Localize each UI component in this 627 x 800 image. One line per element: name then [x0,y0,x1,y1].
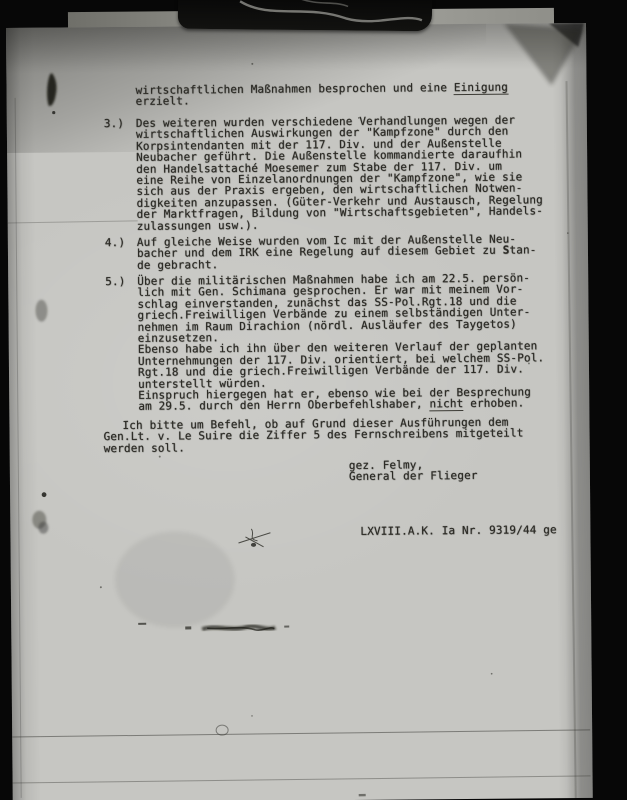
item-number: 4.) [105,237,137,271]
text-segment: zulassungen usw.). [137,218,259,232]
item-5: 5.)Über die militärischen Maßnahmen habe… [105,272,545,413]
text-segment: erhoben. [463,397,524,411]
text-segment: General der Flieger [349,469,478,483]
item-4: 4.)Auf gleiche Weise wurden vom Ic mit d… [105,233,537,271]
paper: wirtschaftlichen Maßnahmen besprochen un… [6,23,593,800]
text-line: am 29.5. durch den Herrn Oberbefehlshabe… [138,398,544,413]
intro-paragraph: wirtschaftlichen Maßnahmen besprochen un… [136,82,509,108]
text-line: wirtschaftlichen Maßnahmen besprochen un… [136,82,509,97]
binder-clip [178,0,432,31]
clip-highlight [178,0,432,31]
underlined-text: nicht [429,397,463,411]
text-segment: de gebracht. [137,258,218,272]
text-line: General der Flieger [349,470,478,483]
file-reference: LXVIII.A.K. Ia Nr. 9319/44 ge [360,524,556,537]
item-lines: Auf gleiche Weise wurden vom Ic mit der … [137,233,537,271]
item-number: 5.) [105,276,138,413]
item-lines: Des weiteren wurden verschiedene Verhand… [136,114,543,232]
text-segment: tan- [509,244,536,257]
signature: gez. Felmy,General der Flieger [349,459,478,483]
item-lines: Über die militärischen Maßnahmen habe ic… [137,272,545,412]
item-3: 3.)Des weiteren wurden verschiedene Verh… [104,114,543,232]
text-line: LXVIII.A.K. Ia Nr. 9319/44 ge [360,524,556,537]
closing-paragraph: Ich bitte um Befehl, ob auf Grund dieser… [103,417,523,455]
scanned-document-photo: wirtschaftlichen Maßnahmen besprochen un… [0,0,627,800]
text-segment: werden soll. [104,441,185,455]
item-number: 3.) [104,118,137,232]
document-text: wirtschaftlichen Maßnahmen besprochen un… [6,23,593,800]
text-segment: erzielt. [136,95,190,108]
text-segment: am 29.5. durch den Herrn Oberbefehlshabe… [138,398,429,414]
text-segment: LXVIII.A.K. Ia Nr. 9319/44 ge [360,523,557,538]
underlined-text: Einigung [454,81,508,95]
